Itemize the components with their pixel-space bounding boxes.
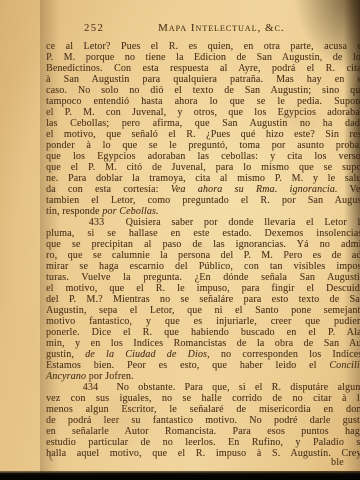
text-line: tin, responde por Cebollas.: [46, 206, 360, 217]
text-run: pluma, si se hallase en este estado. Dex…: [46, 228, 360, 239]
text-run: turas. Vuelve la pregunta. ¿En dónde señ…: [46, 272, 360, 283]
photo-bottom-edge: [0, 472, 360, 480]
text-run: de podrá leer su fantastico motivo. No p…: [46, 415, 360, 426]
text-run: Vea ahora su Rma. ignorancia.: [171, 184, 338, 195]
text-run: min, y en los Indices Romancistas de la …: [46, 338, 360, 349]
book-photo: 252 Mapa Intelectual, &c. ce al Letor? P…: [0, 0, 360, 480]
text-run: caso. No solo no dió el texto de San Aug…: [46, 85, 360, 96]
text-line: Ancyrano por Jofren.: [46, 371, 360, 382]
text-run: que los Egypcios adoraban las cebollas: …: [46, 151, 360, 162]
text-run: tambien el Letor, como preguntado el R. …: [46, 195, 360, 206]
text-run: da con esta cortesía:: [46, 184, 171, 195]
text-line: ne. Para doblar la tramoya, cita al mism…: [46, 173, 360, 184]
text-line: que el P. M. citó de Juvenal, para lo mi…: [46, 162, 360, 173]
text-line: à San Augustin para qualquiera patraña. …: [46, 74, 360, 85]
text-run: Vea: [338, 184, 360, 195]
text-line: tambien el Letor, como preguntado el R. …: [46, 195, 360, 206]
text-run: Benedictinos. Con esta respuesta al Ayre…: [46, 63, 360, 74]
text-line: motivo fantastico, y que es injuriarle, …: [46, 316, 360, 327]
text-run: estudio particular de no leerlos. En Ruf…: [46, 437, 360, 448]
catchword: ble: [331, 457, 344, 468]
text-run: Concilio: [329, 360, 360, 371]
text-run: ne. Para doblar la tramoya, cita al mism…: [46, 173, 360, 184]
text-run: de la Ciudad de Dios: [85, 349, 207, 360]
text-line: del P. M.? Mientras no se señaláre para …: [46, 294, 360, 305]
text-run: motivo fantastico, y que es injuriarle, …: [46, 316, 360, 327]
gutter-fade-shadow: [40, 0, 60, 473]
text-run: por Cebollas.: [102, 206, 158, 217]
text-line: Augustin, sepa el Letor, que ni el Santo…: [46, 305, 360, 316]
text-line: caso. No solo no dió el texto de San Aug…: [46, 85, 360, 96]
text-run: el P. M. con Juvenal, y otros, que los E…: [46, 107, 360, 118]
running-title: Mapa Intelectual, &c.: [158, 22, 285, 34]
text-run: 434 No obstante. Para que, si el R. disp…: [46, 382, 360, 393]
text-line: halla aquel motivo, que el R. impuso à S…: [46, 448, 360, 459]
text-run: menos algun Escritor, le señalaré de mis…: [46, 404, 360, 415]
top-right-shadow: [270, 0, 360, 140]
text-run: en señalarle Autor Romancista. Para esos…: [46, 426, 360, 437]
text-line: vez con sus iguales, no se halle corrido…: [46, 393, 360, 404]
text-run: que el P. M. citó de Juvenal, para lo mi…: [46, 162, 360, 173]
page-number: 252: [84, 23, 104, 34]
text-run: 433 Quisiera saber por donde llevaria el…: [46, 217, 360, 228]
text-run: Augustin, sepa el Letor, que ni el Santo…: [46, 305, 360, 316]
text-line: el motivo, que el R. le impuso, para fin…: [46, 283, 360, 294]
text-line: de podrá leer su fantastico motivo. No p…: [46, 415, 360, 426]
text-run: , no corresponden los Indices.: [207, 349, 360, 360]
text-line: pluma, si se hallase en este estado. Dex…: [46, 228, 360, 239]
text-run: vez con sus iguales, no se halle corrido…: [46, 393, 360, 404]
text-run: mirar se haga escarnio del Público, con …: [46, 261, 360, 272]
text-run: ro, que se calumnie la persona del P. M.…: [46, 250, 360, 261]
text-run: halla aquel motivo, que el R. impuso à S…: [46, 448, 360, 459]
text-run: ponder à lo que se le preguntó, toma por…: [46, 140, 360, 151]
text-line: turas. Vuelve la pregunta. ¿En dónde señ…: [46, 272, 360, 283]
text-block: ce al Letor? Pues el R. es quien, en otr…: [46, 41, 360, 459]
text-line: Benedictinos. Con esta respuesta al Ayre…: [46, 63, 360, 74]
text-line: que se precipitan al paso de las ignoran…: [46, 239, 360, 250]
text-line: estudio particular de no leerlos. En Ruf…: [46, 437, 360, 448]
text-line: gustin, de la Ciudad de Dios, no corresp…: [46, 349, 360, 360]
text-line: Estamos bien. Peor es esto, que haber le…: [46, 360, 360, 371]
text-run: ce al Letor? Pues el R. es quien, en otr…: [46, 41, 360, 52]
text-run: tampoco entendió hasta ahora lo que se l…: [46, 96, 360, 107]
text-run: el motivo, que el R. le impuso, para fin…: [46, 283, 360, 294]
text-run: P. M. porque no tiene la Edicion de San …: [46, 52, 360, 63]
gutter-edge: [0, 0, 44, 473]
right-edge-shadow: [344, 0, 360, 473]
text-run: del P. M.? Mientras no se señaláre para …: [46, 294, 360, 305]
text-run: por Jofren.: [86, 371, 134, 382]
text-line: menos algun Escritor, le señalaré de mis…: [46, 404, 360, 415]
text-run: las Cebollas; pero afirma, que San Augus…: [46, 118, 360, 129]
text-line: min, y en los Indices Romancistas de la …: [46, 338, 360, 349]
text-line: P. M. porque no tiene la Edicion de San …: [46, 52, 360, 63]
text-run: Estamos bien. Peor es esto, que haber le…: [46, 360, 329, 371]
text-line: en señalarle Autor Romancista. Para esos…: [46, 426, 360, 437]
text-run: à San Augustin para qualquiera patraña. …: [46, 74, 360, 85]
text-run: ponerle. Dice el R. que habiendo buscado…: [46, 327, 360, 338]
text-line: el motivo, que señaló el R. ¿Pues qué hi…: [46, 129, 360, 140]
page-header: 252 Mapa Intelectual, &c.: [46, 23, 358, 37]
text-line: las Cebollas; pero afirma, que San Augus…: [46, 118, 360, 129]
text-line: da con esta cortesía: Vea ahora su Rma. …: [46, 184, 360, 195]
text-run: el motivo, que señaló el R. ¿Pues qué hi…: [46, 129, 360, 140]
text-line: que los Egypcios adoraban las cebollas: …: [46, 151, 360, 162]
text-line: el P. M. con Juvenal, y otros, que los E…: [46, 107, 360, 118]
text-line: ro, que se calumnie la persona del P. M.…: [46, 250, 360, 261]
text-run: que se precipitan al paso de las ignoran…: [46, 239, 360, 250]
text-line: ponerle. Dice el R. que habiendo buscado…: [46, 327, 360, 338]
text-line: 433 Quisiera saber por donde llevaria el…: [46, 217, 360, 228]
text-line: tampoco entendió hasta ahora lo que se l…: [46, 96, 360, 107]
text-line: ce al Letor? Pues el R. es quien, en otr…: [46, 41, 360, 52]
text-line: ponder à lo que se le preguntó, toma por…: [46, 140, 360, 151]
text-line: 434 No obstante. Para que, si el R. disp…: [46, 382, 360, 393]
text-line: mirar se haga escarnio del Público, con …: [46, 261, 360, 272]
